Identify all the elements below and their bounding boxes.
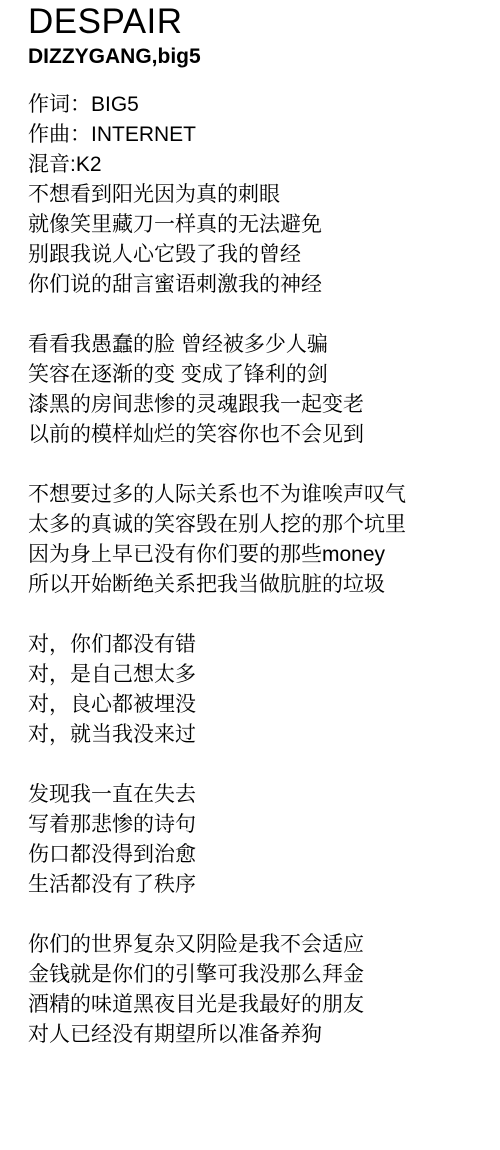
page-title: DESPAIR <box>28 2 490 42</box>
artist-name: DIZZYGANG,big5 <box>28 44 490 70</box>
lyric-line: 不想看到阳光因为真的刺眼 <box>28 180 490 210</box>
lyric-line: 你们说的甜言蜜语刺激我的神经 <box>28 270 490 300</box>
lyric-line: 不想要过多的人际关系也不为谁唉声叹气 <box>28 480 490 510</box>
lyric-line: 发现我一直在失去 <box>28 780 490 810</box>
credit-line: 作曲：INTERNET <box>28 120 490 150</box>
credits-block: 作词：BIG5作曲：INTERNET混音:K2 <box>28 90 490 180</box>
lyric-line: 漆黑的房间悲惨的灵魂跟我一起变老 <box>28 390 490 420</box>
lyric-line: 别跟我说人心它毁了我的曾经 <box>28 240 490 270</box>
lyric-line: 以前的模样灿烂的笑容你也不会见到 <box>28 420 490 450</box>
lyrics-block: 不想看到阳光因为真的刺眼就像笑里藏刀一样真的无法避免别跟我说人心它毁了我的曾经你… <box>28 180 490 1050</box>
lyric-line: 太多的真诚的笑容毁在别人挖的那个坑里 <box>28 510 490 540</box>
lyric-line: 伤口都没得到治愈 <box>28 840 490 870</box>
lyrics-page: DESPAIR DIZZYGANG,big5 作词：BIG5作曲：INTERNE… <box>0 0 500 1050</box>
lyrics-stanza: 对，你们都没有错对，是自己想太多对，良心都被埋没对，就当我没来过 <box>28 630 490 750</box>
lyric-line: 对人已经没有期望所以准备养狗 <box>28 1020 490 1050</box>
lyric-line: 就像笑里藏刀一样真的无法避免 <box>28 210 490 240</box>
lyrics-stanza: 看看我愚蠢的脸 曾经被多少人骗笑容在逐渐的变 变成了锋利的剑漆黑的房间悲惨的灵魂… <box>28 330 490 450</box>
lyric-line: 酒精的味道黑夜目光是我最好的朋友 <box>28 990 490 1020</box>
lyrics-stanza: 发现我一直在失去写着那悲惨的诗句伤口都没得到治愈生活都没有了秩序 <box>28 780 490 900</box>
lyrics-stanza: 不想要过多的人际关系也不为谁唉声叹气太多的真诚的笑容毁在别人挖的那个坑里因为身上… <box>28 480 490 600</box>
credit-line: 作词：BIG5 <box>28 90 490 120</box>
lyric-line: 因为身上早已没有你们要的那些money <box>28 540 490 570</box>
lyric-line: 对，你们都没有错 <box>28 630 490 660</box>
lyric-line: 你们的世界复杂又阴险是我不会适应 <box>28 930 490 960</box>
lyric-line: 对，良心都被埋没 <box>28 690 490 720</box>
lyric-line: 生活都没有了秩序 <box>28 870 490 900</box>
lyrics-stanza: 你们的世界复杂又阴险是我不会适应金钱就是你们的引擎可我没那么拜金酒精的味道黑夜目… <box>28 930 490 1050</box>
lyrics-stanza: 不想看到阳光因为真的刺眼就像笑里藏刀一样真的无法避免别跟我说人心它毁了我的曾经你… <box>28 180 490 300</box>
lyric-line: 所以开始断绝关系把我当做肮脏的垃圾 <box>28 570 490 600</box>
lyric-line: 看看我愚蠢的脸 曾经被多少人骗 <box>28 330 490 360</box>
lyric-line: 对，就当我没来过 <box>28 720 490 750</box>
lyric-line: 对，是自己想太多 <box>28 660 490 690</box>
lyric-line: 金钱就是你们的引擎可我没那么拜金 <box>28 960 490 990</box>
lyric-line: 笑容在逐渐的变 变成了锋利的剑 <box>28 360 490 390</box>
lyric-line: 写着那悲惨的诗句 <box>28 810 490 840</box>
credit-line: 混音:K2 <box>28 150 490 180</box>
